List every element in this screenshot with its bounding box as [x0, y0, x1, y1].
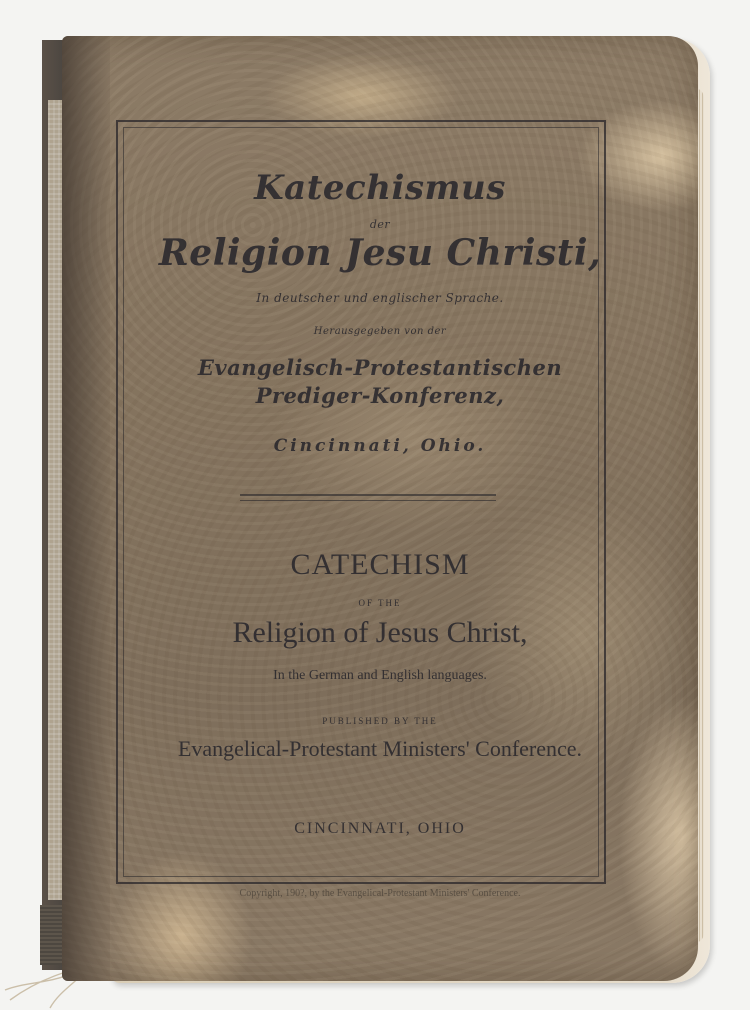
book-photo: Katechismus der Religion Jesu Christi, I… — [0, 0, 750, 1010]
german-city: Cincinnati, Ohio. — [62, 436, 698, 456]
german-language-line: In deutscher und englischer Sprache. — [62, 291, 698, 305]
section-divider — [240, 494, 496, 496]
english-title: CATECHISM — [62, 548, 698, 582]
english-publisher: Evangelical-Protestant Ministers' Confer… — [62, 732, 698, 766]
copyright-line: Copyright, 190?, by the Evangelical-Prot… — [62, 888, 698, 899]
book-cover: Katechismus der Religion Jesu Christi, I… — [62, 36, 698, 981]
english-city: CINCINNATI, OHIO — [62, 820, 698, 838]
english-subject: Religion of Jesus Christ, — [62, 616, 698, 650]
german-publisher: Evangelisch-Protestantischen Prediger-Ko… — [62, 354, 698, 410]
english-of-the: OF THE — [62, 598, 698, 608]
english-language-line: In the German and English languages. — [62, 668, 698, 684]
german-published-by: Herausgegeben von der — [62, 326, 698, 337]
english-published-by: PUBLISHED BY THE — [62, 716, 698, 726]
german-subject: Religion Jesu Christi, — [62, 232, 698, 274]
section-divider-thin — [240, 500, 496, 501]
german-der: der — [62, 218, 698, 231]
german-title: Katechismus — [62, 168, 698, 208]
